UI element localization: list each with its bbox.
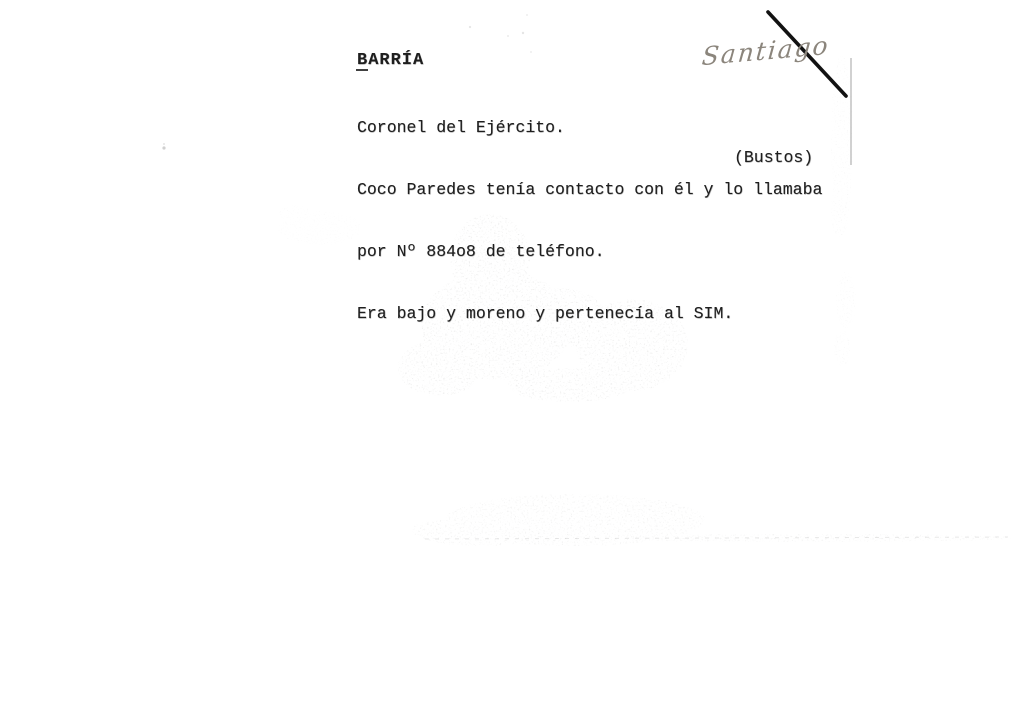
bottom-smudge-band (412, 494, 1012, 546)
faint-stain-patch (277, 205, 362, 245)
paper-edge-streak (831, 55, 856, 366)
typed-body: Coronel del Ejército. Coco Paredes tenía… (357, 77, 822, 365)
typed-line: por Nº 884o8 de teléfono. (357, 242, 822, 263)
handwritten-annotation-santiago: Santiago (701, 31, 831, 72)
title-underline (356, 69, 368, 71)
typed-line: Coronel del Ejército. (357, 118, 822, 139)
typed-line: Coco Paredes tenía contacto con él y lo … (357, 180, 822, 201)
bottom-smudge-line (425, 537, 1008, 539)
scanned-document-page: BARRÍA Coronel del Ejército. Coco Parede… (0, 0, 1012, 717)
typed-line: Era bajo y moreno y pertenecía al SIM. (357, 304, 822, 325)
signature-bustos: (Bustos) (734, 148, 813, 169)
